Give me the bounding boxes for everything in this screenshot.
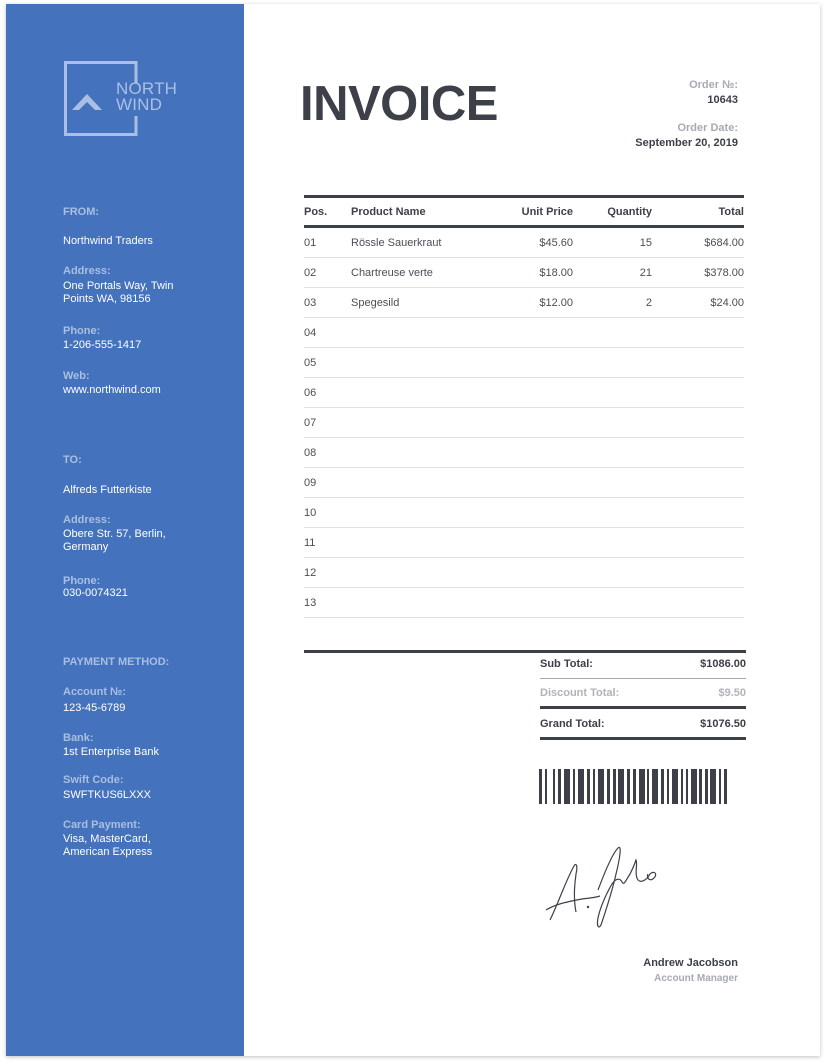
table-row: 01Rössle Sauerkraut$45.6015$684.00 [304,228,744,258]
account-label: Account №: [63,686,126,698]
table-row: 08 [304,438,744,468]
account-number: 123-45-6789 [63,702,125,715]
row-pos: 04 [304,327,351,339]
to-address: Obere Str. 57, Berlin, Germany [63,528,166,554]
order-number-label: Order №: [689,79,738,91]
logo-line2: WIND [116,97,177,113]
row-product-name: Rössle Sauerkraut [351,237,481,249]
payment-heading: PAYMENT METHOD: [63,656,169,668]
to-phone: 030-0074321 [63,587,128,600]
bank-label: Bank: [63,732,94,744]
row-pos: 09 [304,477,351,489]
table-row: 12 [304,558,744,588]
from-address-label: Address: [63,265,111,277]
from-phone: 1-206-555-1417 [63,339,141,352]
grand-total-label: Grand Total: [540,718,605,730]
subtotal-label: Sub Total: [540,658,593,670]
from-phone-label: Phone: [63,325,100,337]
discount-label: Discount Total: [540,687,619,699]
from-web[interactable]: www.northwind.com [63,384,161,397]
chevron-up-icon [72,94,102,110]
to-phone-label: Phone: [63,575,100,587]
card-payment: Visa, MasterCard, American Express [63,833,152,859]
table-row: 02Chartreuse verte$18.0021$378.00 [304,258,744,288]
row-pos: 10 [304,507,351,519]
card-label: Card Payment: [63,819,141,831]
row-pos: 11 [304,537,351,549]
bank-name: 1st Enterprise Bank [63,746,159,759]
row-pos: 12 [304,567,351,579]
row-unit-price: $12.00 [481,297,573,309]
grand-total-value: $1076.50 [700,718,746,730]
swift-label: Swift Code: [63,774,124,786]
order-date-label: Order Date: [677,122,738,134]
table-row: 04 [304,318,744,348]
northwind-logo: NORTH WIND [64,61,180,136]
row-total: $378.00 [652,267,744,279]
grand-total-row: Grand Total: $1076.50 [540,718,746,730]
row-pos: 06 [304,387,351,399]
from-company: Northwind Traders [63,235,153,248]
from-heading: FROM: [63,206,99,218]
col-product-name: Product Name [351,206,481,218]
table-body: 01Rössle Sauerkraut$45.6015$684.0002Char… [304,228,744,618]
signer-role: Account Manager [654,973,738,984]
row-quantity: 2 [573,297,652,309]
table-header: Pos. Product Name Unit Price Quantity To… [304,198,744,225]
row-pos: 03 [304,297,351,309]
table-row: 06 [304,378,744,408]
row-product-name: Chartreuse verte [351,267,481,279]
grand-total-rule [540,737,746,740]
to-address-label: Address: [63,514,111,526]
from-address: One Portals Way, Twin Points WA, 98156 [63,280,173,306]
signer-name: Andrew Jacobson [643,957,738,969]
logo-text: NORTH WIND [116,81,177,113]
row-unit-price: $18.00 [481,267,573,279]
table-row: 13 [304,588,744,618]
signature-icon [542,844,662,934]
barcode-icon [539,769,747,804]
subtotal-divider [540,678,746,679]
subtotal-value: $1086.00 [700,658,746,670]
line-items-table: Pos. Product Name Unit Price Quantity To… [304,195,744,618]
row-total: $684.00 [652,237,744,249]
col-pos: Pos. [304,206,351,218]
row-quantity: 21 [573,267,652,279]
subtotal-row: Sub Total: $1086.00 [540,658,746,670]
row-product-name: Spegesild [351,297,481,309]
row-pos: 05 [304,357,351,369]
from-web-label: Web: [63,370,90,382]
row-pos: 13 [304,597,351,609]
swift-code: SWFTKUS6LXXX [63,789,151,802]
table-row: 10 [304,498,744,528]
table-row: 11 [304,528,744,558]
order-date: September 20, 2019 [635,137,738,149]
to-company: Alfreds Futterkiste [63,484,152,497]
discount-divider [540,706,746,709]
row-pos: 07 [304,417,351,429]
sidebar: NORTH WIND FROM: Northwind Traders Addre… [6,4,244,1056]
to-heading: TO: [63,454,82,466]
table-row: 05 [304,348,744,378]
invoice-page: NORTH WIND FROM: Northwind Traders Addre… [6,4,820,1056]
row-unit-price: $45.60 [481,237,573,249]
row-pos: 01 [304,237,351,249]
totals-rule [304,650,746,653]
table-row: 09 [304,468,744,498]
table-row: 03Spegesild$12.002$24.00 [304,288,744,318]
col-quantity: Quantity [573,206,652,218]
order-number: 10643 [707,94,738,106]
col-total: Total [652,206,744,218]
col-unit-price: Unit Price [481,206,573,218]
discount-value: $9.50 [718,687,746,699]
row-quantity: 15 [573,237,652,249]
row-pos: 08 [304,447,351,459]
invoice-title: INVOICE [300,76,498,132]
row-total: $24.00 [652,297,744,309]
discount-row: Discount Total: $9.50 [540,687,746,699]
table-row: 07 [304,408,744,438]
row-pos: 02 [304,267,351,279]
